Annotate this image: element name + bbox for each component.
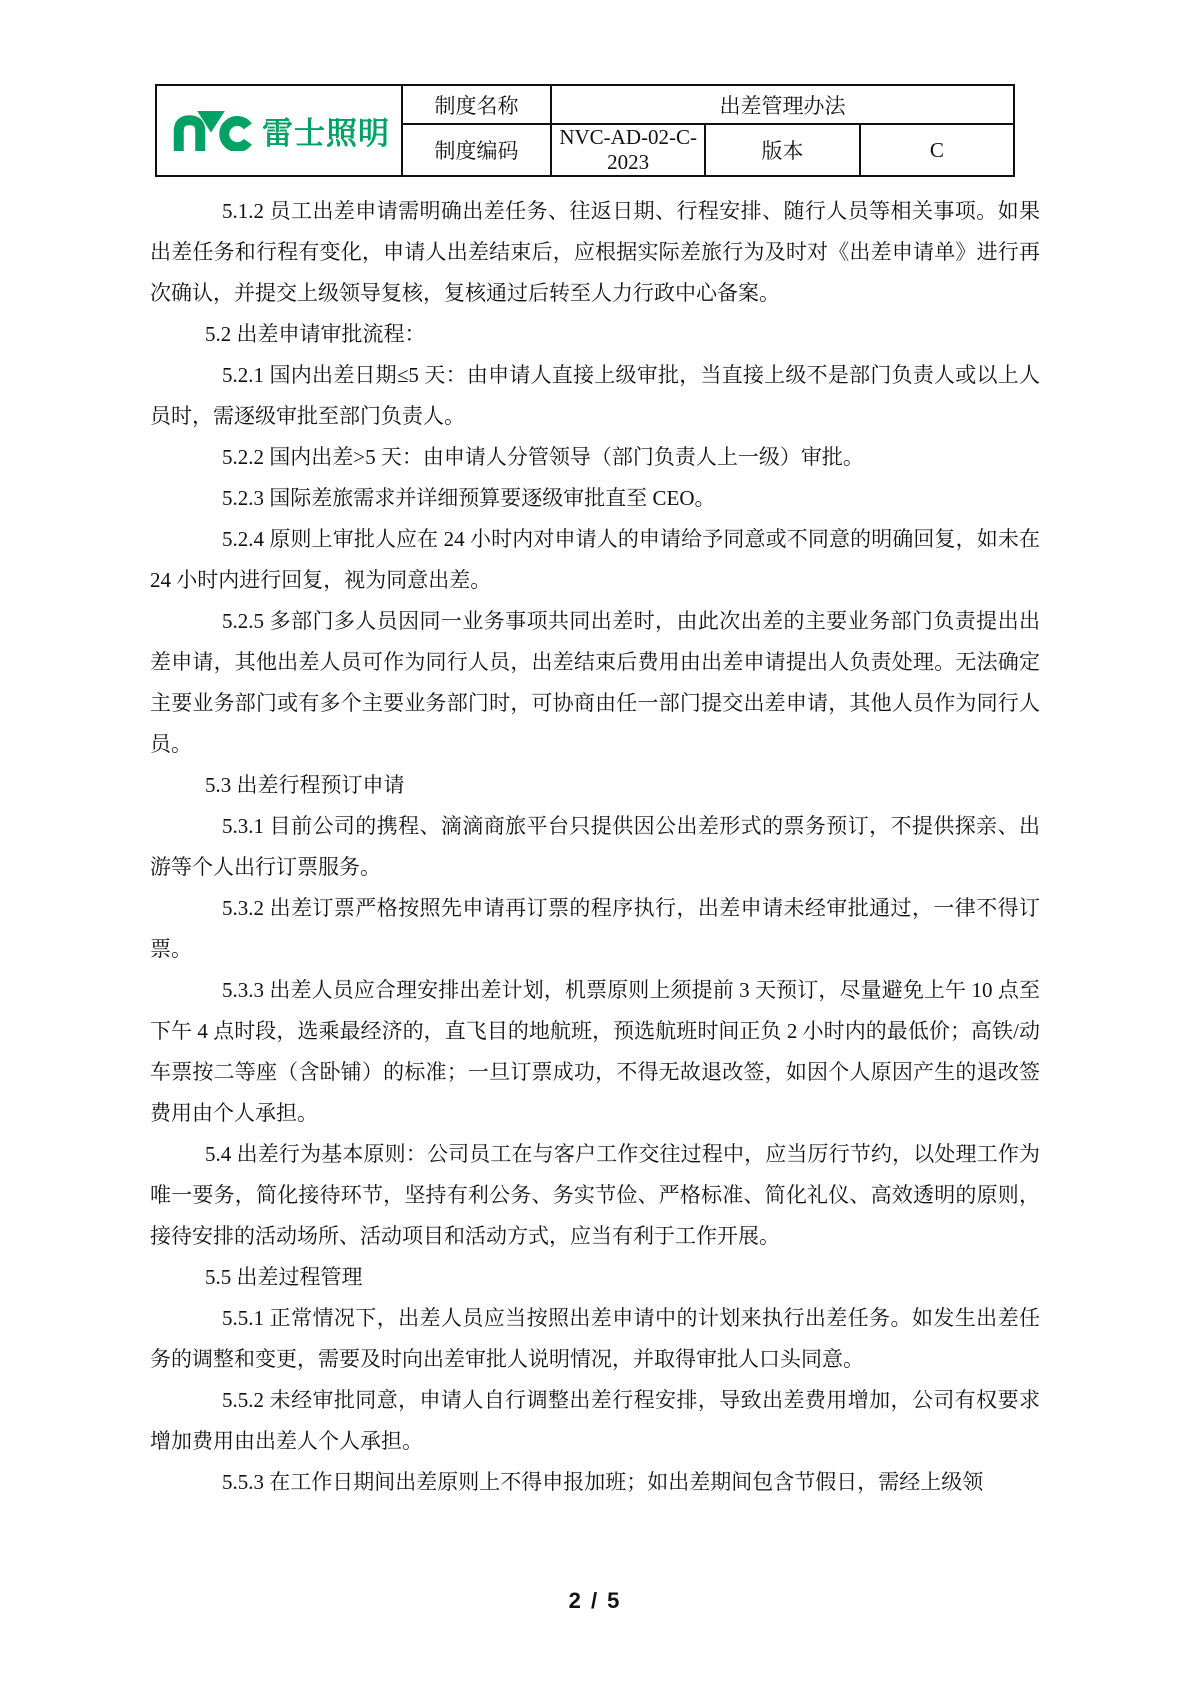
paragraph-5-3: 5.3 出差行程预订申请 <box>150 765 1040 806</box>
paragraph-5-3-1: 5.3.1 目前公司的携程、滴滴商旅平台只提供因公出差形式的票务预订，不提供探亲… <box>150 806 1040 888</box>
page-number: 2 / 5 <box>0 1588 1190 1614</box>
paragraph-5-4: 5.4 出差行为基本原则：公司员工在与客户工作交往过程中，应当厉行节约，以处理工… <box>150 1134 1040 1257</box>
paragraph-5-2-4: 5.2.4 原则上审批人应在 24 小时内对申请人的申请给予同意或不同意的明确回… <box>150 519 1040 601</box>
doc-code-value: NVC-AD-02-C-2023 <box>551 124 705 176</box>
nvc-logo-icon <box>168 111 254 151</box>
paragraph-5-2-5: 5.2.5 多部门多人员因同一业务事项共同出差时，由此次出差的主要业务部门负责提… <box>150 601 1040 765</box>
doc-code-label: 制度编码 <box>402 124 551 176</box>
paragraph-5-2-2: 5.2.2 国内出差>5 天：由申请人分管领导（部门负责人上一级）审批。 <box>150 437 1040 478</box>
document-body: 5.1.2 员工出差申请需明确出差任务、往返日期、行程安排、随行人员等相关事项。… <box>150 191 1040 1503</box>
paragraph-5-2: 5.2 出差申请审批流程： <box>150 314 1040 355</box>
version-value: C <box>860 124 1014 176</box>
header-table: 雷士照明 制度名称 出差管理办法 制度编码 NVC-AD-02-C-2023 版… <box>155 84 1015 177</box>
paragraph-5-3-3: 5.3.3 出差人员应合理安排出差计划，机票原则上须提前 3 天预订，尽量避免上… <box>150 970 1040 1134</box>
paragraph-5-1-2: 5.1.2 员工出差申请需明确出差任务、往返日期、行程安排、随行人员等相关事项。… <box>150 191 1040 314</box>
doc-name-label: 制度名称 <box>402 85 551 124</box>
paragraph-5-2-1: 5.2.1 国内出差日期≤5 天：由申请人直接上级审批，当直接上级不是部门负责人… <box>150 355 1040 437</box>
paragraph-5-5-3: 5.5.3 在工作日期间出差原则上不得申报加班；如出差期间包含节假日，需经上级领 <box>150 1462 1040 1503</box>
paragraph-5-5-2: 5.5.2 未经审批同意，申请人自行调整出差行程安排，导致出差费用增加，公司有权… <box>150 1380 1040 1462</box>
paragraph-5-5: 5.5 出差过程管理 <box>150 1257 1040 1298</box>
document-page: 雷士照明 制度名称 出差管理办法 制度编码 NVC-AD-02-C-2023 版… <box>0 0 1190 1683</box>
paragraph-5-3-2: 5.3.2 出差订票严格按照先申请再订票的程序执行，出差申请未经审批通过，一律不… <box>150 888 1040 970</box>
version-label: 版本 <box>705 124 859 176</box>
paragraph-5-2-3: 5.2.3 国际差旅需求并详细预算要逐级审批直至 CEO。 <box>150 478 1040 519</box>
brand-name: 雷士照明 <box>262 108 390 153</box>
nvc-logo: 雷士照明 <box>157 108 401 153</box>
logo-cell: 雷士照明 <box>156 85 402 176</box>
doc-name-value: 出差管理办法 <box>551 85 1014 124</box>
paragraph-5-5-1: 5.5.1 正常情况下，出差人员应当按照出差申请中的计划来执行出差任务。如发生出… <box>150 1298 1040 1380</box>
